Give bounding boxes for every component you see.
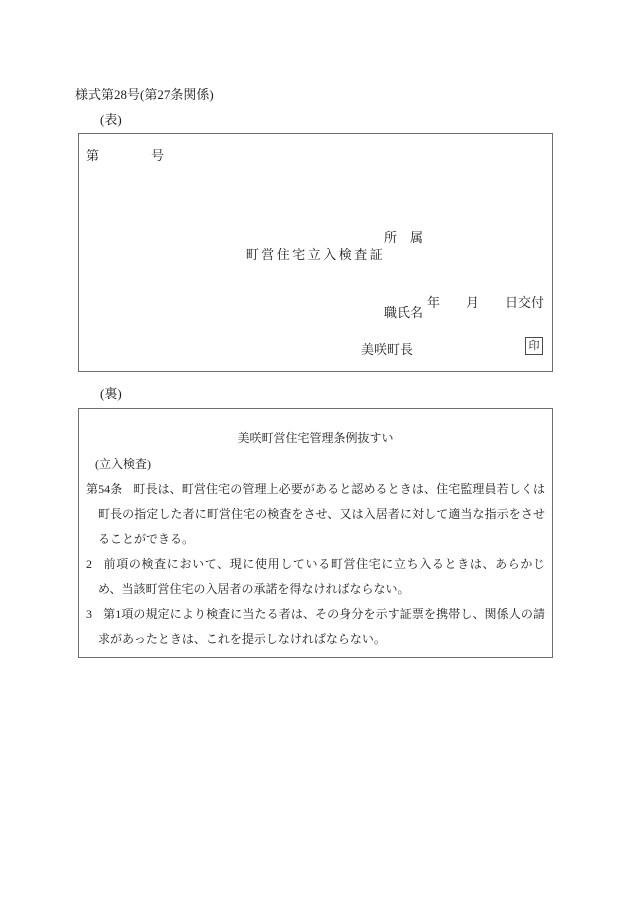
ordinance-paragraph: 第54条町長は、町営住宅の管理上必要があると認めるときは、住宅監理員若しくは町長… xyxy=(86,477,545,552)
paragraph-number: 第54条 xyxy=(86,482,122,496)
paragraph-text: 町長は、町営住宅の管理上必要があると認めるときは、住宅監理員若しくは町長の指定し… xyxy=(98,482,545,546)
ordinance-paragraph: 3第1項の規定により検査に当たる者は、その身分を示す証票を携帯し、関係人の請求が… xyxy=(86,602,545,652)
issuer-name: 美咲町長 xyxy=(361,339,413,358)
certificate-number-line: 第 号 xyxy=(86,145,164,164)
section-heading: (立入検査) xyxy=(95,455,151,472)
position-name-label: 職氏名 xyxy=(384,300,423,325)
paragraph-text: 前項の検査において、現に使用している町営住宅に立ち入るときは、あらかじめ、当該町… xyxy=(98,557,545,596)
ordinance-title: 美咲町営住宅管理条例抜すい xyxy=(79,429,552,446)
paragraph-number: 3 xyxy=(86,607,92,621)
ordinance-paragraphs: 第54条町長は、町営住宅の管理上必要があると認めるときは、住宅監理員若しくは町長… xyxy=(86,477,545,652)
front-side-label: (表) xyxy=(100,109,122,128)
certificate-front-card: 第 号 所 属 職氏名 町営住宅立入検査証 年 月 日交付 美咲町長 印 xyxy=(78,133,553,372)
back-side-label: (裏) xyxy=(100,383,122,402)
issue-date-line: 年 月 日交付 xyxy=(427,292,544,311)
ordinance-paragraph: 2前項の検査において、現に使用している町営住宅に立ち入るときは、あらかじめ、当該… xyxy=(86,552,545,602)
ordinance-back-card: 美咲町営住宅管理条例抜すい (立入検査) 第54条町長は、町営住宅の管理上必要が… xyxy=(78,408,553,658)
paragraph-text: 第1項の規定により検査に当たる者は、その身分を示す証票を携帯し、関係人の請求があ… xyxy=(98,607,545,646)
document-page: 様式第28号(第27条関係) (表) 第 号 所 属 職氏名 町営住宅立入検査証… xyxy=(0,0,630,916)
certificate-title: 町営住宅立入検査証 xyxy=(79,244,552,263)
seal-mark: 印 xyxy=(525,337,543,355)
form-number: 様式第28号(第27条関係) xyxy=(75,84,214,103)
paragraph-number: 2 xyxy=(86,557,92,571)
